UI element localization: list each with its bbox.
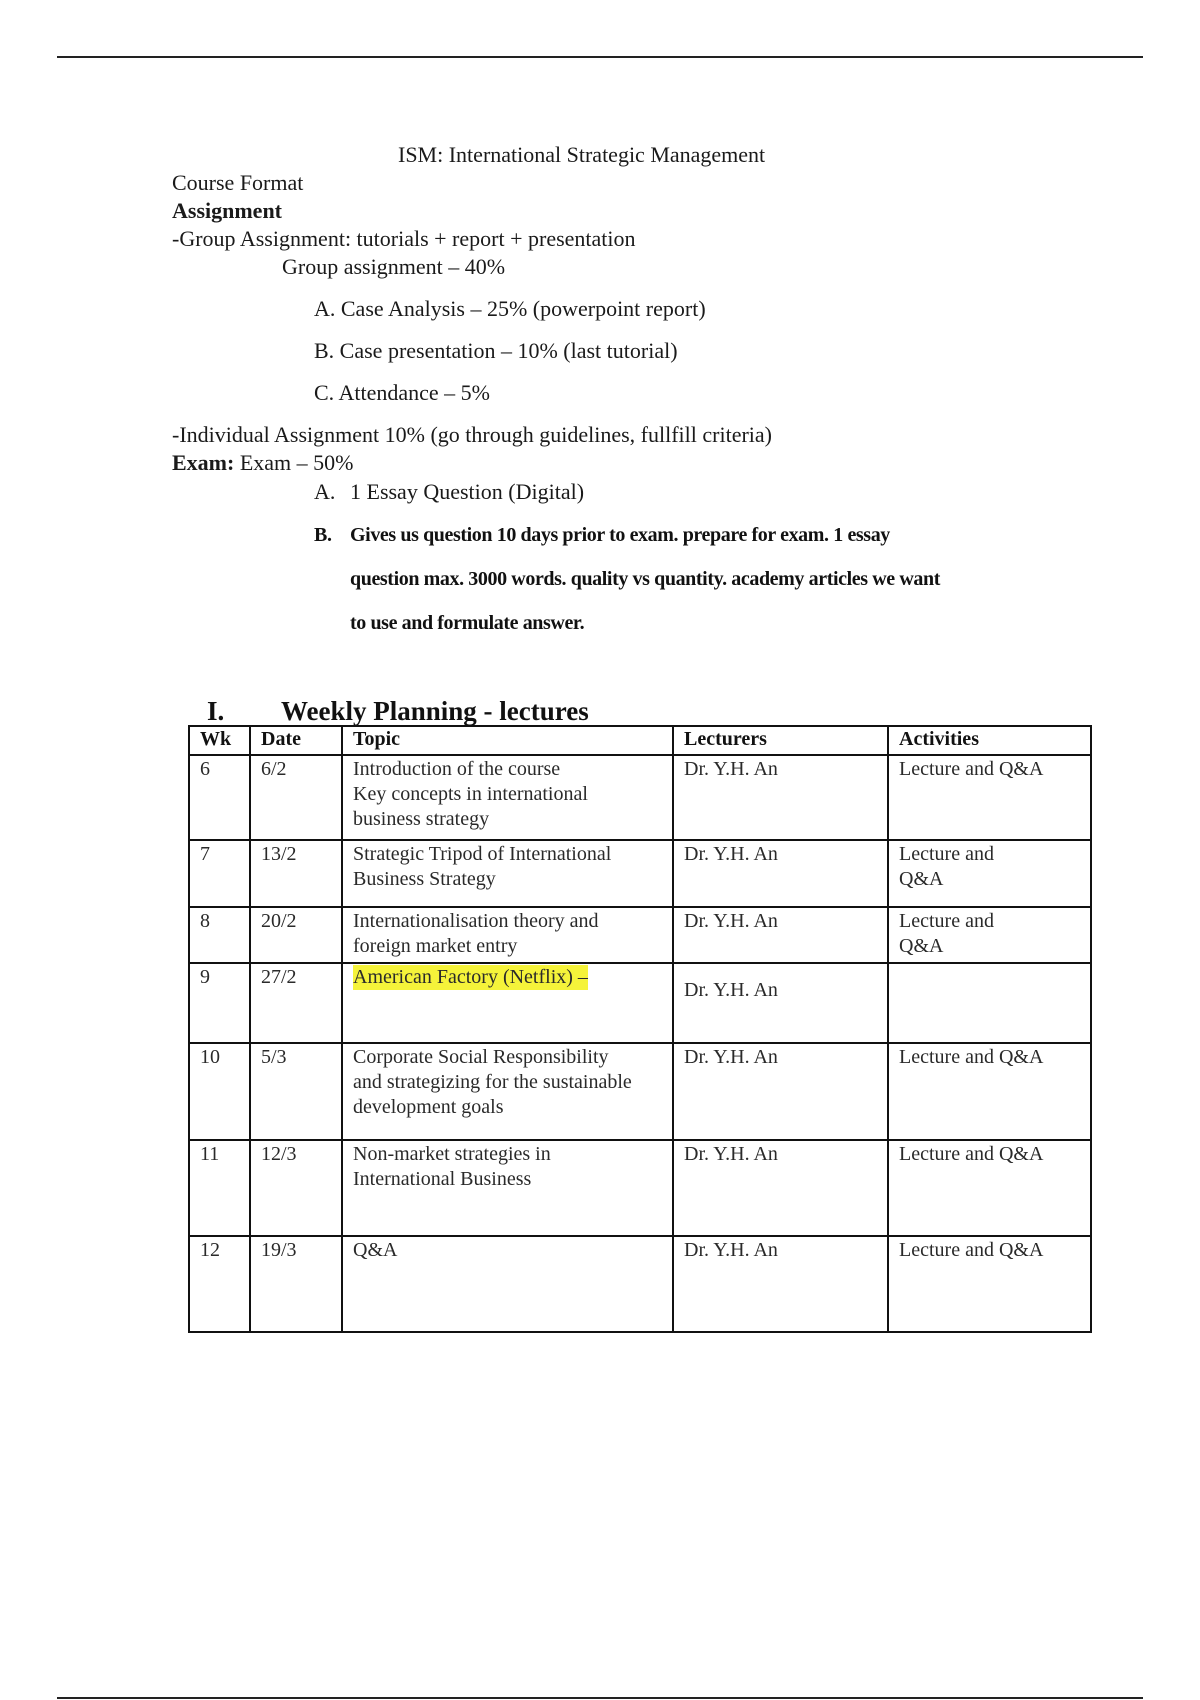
topic-line: development goals bbox=[353, 1095, 662, 1120]
header-rule bbox=[57, 56, 1143, 58]
table-row: 820/2Internationalisation theory andfore… bbox=[189, 907, 1091, 963]
topic-line: Q&A bbox=[353, 1238, 662, 1263]
header-lecturers: Lecturers bbox=[673, 726, 888, 755]
topic-line: Business Strategy bbox=[353, 867, 662, 892]
table-row: 105/3Corporate Social Responsibilityand … bbox=[189, 1043, 1091, 1140]
table-row: 927/2American Factory (Netflix) –Dr. Y.H… bbox=[189, 963, 1091, 1043]
cell-activity: Lecture and Q&A bbox=[888, 907, 1091, 963]
topic-line: Non-market strategies in bbox=[353, 1142, 662, 1167]
cell-topic: Q&A bbox=[342, 1236, 673, 1332]
table-row: 1219/3Q&ADr. Y.H. AnLecture and Q&A bbox=[189, 1236, 1091, 1332]
cell-topic: Non-market strategies inInternational Bu… bbox=[342, 1140, 673, 1236]
section-heading: I.Weekly Planning - lectures bbox=[207, 696, 589, 726]
group-item-case-presentation: B. Case presentation – 10% (last tutoria… bbox=[314, 338, 678, 364]
cell-lecturer: Dr. Y.H. An bbox=[673, 963, 888, 1043]
cell-activity: Lecture and Q&A bbox=[888, 1140, 1091, 1236]
table-row: 1112/3Non-market strategies inInternatio… bbox=[189, 1140, 1091, 1236]
cell-date: 19/3 bbox=[250, 1236, 342, 1332]
cell-wk: 11 bbox=[189, 1140, 250, 1236]
cell-activity bbox=[888, 963, 1091, 1043]
exam-weight: Exam – 50% bbox=[234, 450, 353, 475]
cell-lecturer: Dr. Y.H. An bbox=[673, 1236, 888, 1332]
exam-label: Exam: bbox=[172, 450, 234, 475]
exam-line: Exam: Exam – 50% bbox=[172, 450, 353, 476]
topic-line: and strategizing for the sustainable bbox=[353, 1070, 662, 1095]
table-header-row: Wk Date Topic Lecturers Activities bbox=[189, 726, 1091, 755]
course-format-label: Course Format bbox=[172, 170, 303, 196]
cell-topic: Corporate Social Responsibilityand strat… bbox=[342, 1043, 673, 1140]
header-wk: Wk bbox=[189, 726, 250, 755]
exam-item-b-line-1: Gives us question 10 days prior to exam.… bbox=[350, 524, 890, 547]
exam-item-b-letter: B. bbox=[314, 524, 332, 547]
topic-line: Internationalisation theory and bbox=[353, 909, 662, 934]
cell-lecturer: Dr. Y.H. An bbox=[673, 1043, 888, 1140]
assignment-heading: Assignment bbox=[172, 198, 282, 224]
weekly-planning-table: Wk Date Topic Lecturers Activities 66/2I… bbox=[188, 725, 1092, 1333]
cell-date: 12/3 bbox=[250, 1140, 342, 1236]
cell-date: 20/2 bbox=[250, 907, 342, 963]
exam-item-b-line-2: question max. 3000 words. quality vs qua… bbox=[350, 568, 940, 591]
table-row: 66/2Introduction of the courseKey concep… bbox=[189, 755, 1091, 840]
topic-line: American Factory (Netflix) – bbox=[353, 965, 588, 990]
cell-lecturer: Dr. Y.H. An bbox=[673, 840, 888, 907]
topic-line: business strategy bbox=[353, 807, 662, 832]
exam-item-a-letter: A. bbox=[314, 479, 350, 505]
footer-rule bbox=[57, 1697, 1143, 1699]
cell-lecturer: Dr. Y.H. An bbox=[673, 1140, 888, 1236]
table-row: 713/2Strategic Tripod of InternationalBu… bbox=[189, 840, 1091, 907]
topic-line: International Business bbox=[353, 1167, 662, 1192]
topic-line: Corporate Social Responsibility bbox=[353, 1045, 662, 1070]
cell-topic: American Factory (Netflix) – bbox=[342, 963, 673, 1043]
cell-wk: 6 bbox=[189, 755, 250, 840]
group-assignment-weight: Group assignment – 40% bbox=[282, 254, 505, 280]
group-item-case-analysis: A. Case Analysis – 25% (powerpoint repor… bbox=[314, 296, 706, 322]
header-activities: Activities bbox=[888, 726, 1091, 755]
cell-wk: 8 bbox=[189, 907, 250, 963]
exam-item-a: A.1 Essay Question (Digital) bbox=[314, 479, 584, 505]
cell-topic: Internationalisation theory andforeign m… bbox=[342, 907, 673, 963]
group-assignment-line: -Group Assignment: tutorials + report + … bbox=[172, 226, 636, 252]
cell-lecturer: Dr. Y.H. An bbox=[673, 755, 888, 840]
cell-activity: Lecture and Q&A bbox=[888, 1236, 1091, 1332]
cell-date: 27/2 bbox=[250, 963, 342, 1043]
cell-activity: Lecture and Q&A bbox=[888, 1043, 1091, 1140]
cell-wk: 7 bbox=[189, 840, 250, 907]
topic-line: Introduction of the course bbox=[353, 757, 662, 782]
topic-line: foreign market entry bbox=[353, 934, 662, 959]
cell-topic: Introduction of the courseKey concepts i… bbox=[342, 755, 673, 840]
cell-topic: Strategic Tripod of InternationalBusines… bbox=[342, 840, 673, 907]
cell-date: 5/3 bbox=[250, 1043, 342, 1140]
cell-activity: Lecture and Q&A bbox=[888, 755, 1091, 840]
cell-wk: 10 bbox=[189, 1043, 250, 1140]
section-number: I. bbox=[207, 696, 281, 726]
cell-wk: 9 bbox=[189, 963, 250, 1043]
cell-date: 13/2 bbox=[250, 840, 342, 907]
topic-line: Strategic Tripod of International bbox=[353, 842, 662, 867]
cell-lecturer: Dr. Y.H. An bbox=[673, 907, 888, 963]
group-item-attendance: C. Attendance – 5% bbox=[314, 380, 490, 406]
topic-line: Key concepts in international bbox=[353, 782, 662, 807]
individual-assignment: -Individual Assignment 10% (go through g… bbox=[172, 422, 772, 448]
exam-item-a-text: 1 Essay Question (Digital) bbox=[350, 479, 584, 504]
cell-activity: Lecture and Q&A bbox=[888, 840, 1091, 907]
cell-wk: 12 bbox=[189, 1236, 250, 1332]
header-topic: Topic bbox=[342, 726, 673, 755]
section-title: Weekly Planning - lectures bbox=[281, 696, 589, 726]
header-date: Date bbox=[250, 726, 342, 755]
exam-item-b-line-3: to use and formulate answer. bbox=[350, 612, 584, 635]
cell-date: 6/2 bbox=[250, 755, 342, 840]
document-title: ISM: International Strategic Management bbox=[398, 142, 765, 168]
